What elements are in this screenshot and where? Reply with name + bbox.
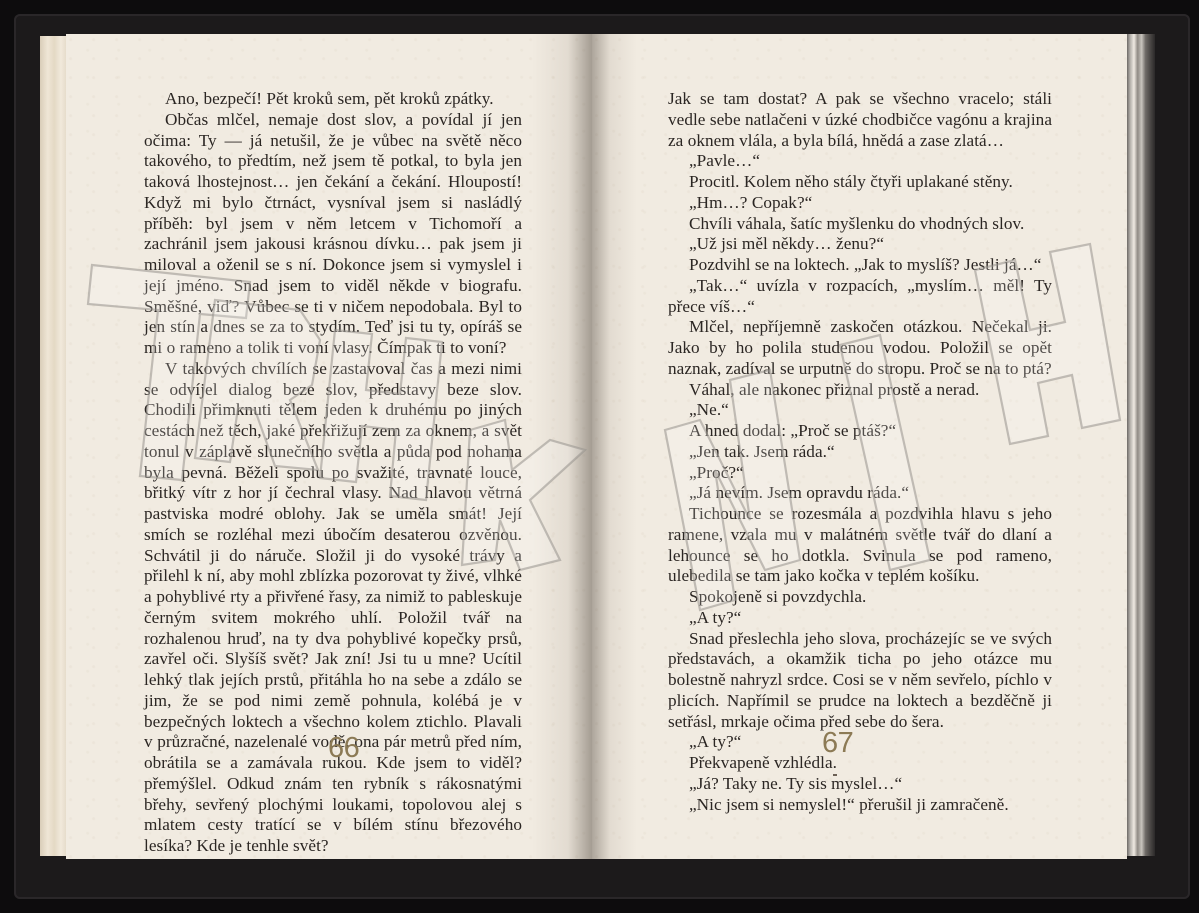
dialog-line: Chvíli váhala, šatíc myšlenku do vhodnýc… (668, 214, 1052, 235)
dialog-line: „Už jsi měl někdy… ženu?“ (668, 234, 1052, 255)
dialog-line: „A ty?“ (668, 608, 1052, 629)
paragraph: „Tak…“ uvízla v rozpacích, „myslím… měl!… (668, 276, 1052, 318)
dialog-line: Procitl. Kolem něho stály čtyři uplakané… (668, 172, 1052, 193)
paragraph: Tichounce se rozesmála a pozdvihla hlavu… (668, 504, 1052, 587)
dialog-line: „Já? Taky ne. Ty sis myslel…“ (668, 774, 1052, 795)
paragraph: Ano, bezpečí! Pět kroků sem, pět kroků z… (144, 89, 522, 110)
dialog-line: „A ty?“ (668, 732, 1052, 753)
print-mark (833, 774, 837, 776)
page-edges-right (1127, 34, 1155, 856)
dialog-line: A hned dodal: „Proč se ptáš?“ (668, 421, 1052, 442)
dialog-line: Spokojeně si povzdychla. (668, 587, 1052, 608)
dialog-line: „Proč?“ (668, 463, 1052, 484)
paragraph: Občas mlčel, nemaje dost slov, a povídal… (144, 110, 522, 359)
paragraph: V takových chvílích se zastavoval čas a … (144, 359, 522, 857)
paragraph: Jak se tam dostat? A pak se všechno vrac… (668, 89, 1052, 151)
dialog-line: „Já nevím. Jsem opravdu ráda.“ (668, 483, 1052, 504)
dialog-line: „Jen tak. Jsem ráda.“ (668, 442, 1052, 463)
dialog-line: Váhal, ale nakonec přiznal prostě a nera… (668, 380, 1052, 401)
page-edges-left (40, 36, 66, 856)
dialog-line: Pozdvihl se na loktech. „Jak to myslíš? … (668, 255, 1052, 276)
dialog-line: Překvapeně vzhlédla. (668, 753, 1052, 774)
page-number-left: 66 (328, 732, 359, 765)
right-page: Jak se tam dostat? A pak se všechno vrac… (592, 34, 1127, 859)
dialog-line: „Hm…? Copak?“ (668, 193, 1052, 214)
left-page: Ano, bezpečí! Pět kroků sem, pět kroků z… (66, 34, 592, 859)
page-number-right: 67 (822, 727, 853, 760)
dialog-line: „Pavle…“ (668, 151, 1052, 172)
paragraph: Snad přeslechla jeho slova, procházejíc … (668, 629, 1052, 733)
gutter-shadow (592, 34, 637, 859)
right-page-text: Jak se tam dostat? A pak se všechno vrac… (668, 89, 1052, 815)
gutter-shadow (532, 34, 592, 859)
dialog-line: „Nic jsem si nemyslel!“ přerušil ji zamr… (668, 795, 1052, 816)
dialog-line: „Ne.“ (668, 400, 1052, 421)
paragraph: Mlčel, nepříjemně zaskočen otázkou. Neče… (668, 317, 1052, 379)
open-book: Ano, bezpečí! Pět kroků sem, pět kroků z… (40, 34, 1155, 859)
